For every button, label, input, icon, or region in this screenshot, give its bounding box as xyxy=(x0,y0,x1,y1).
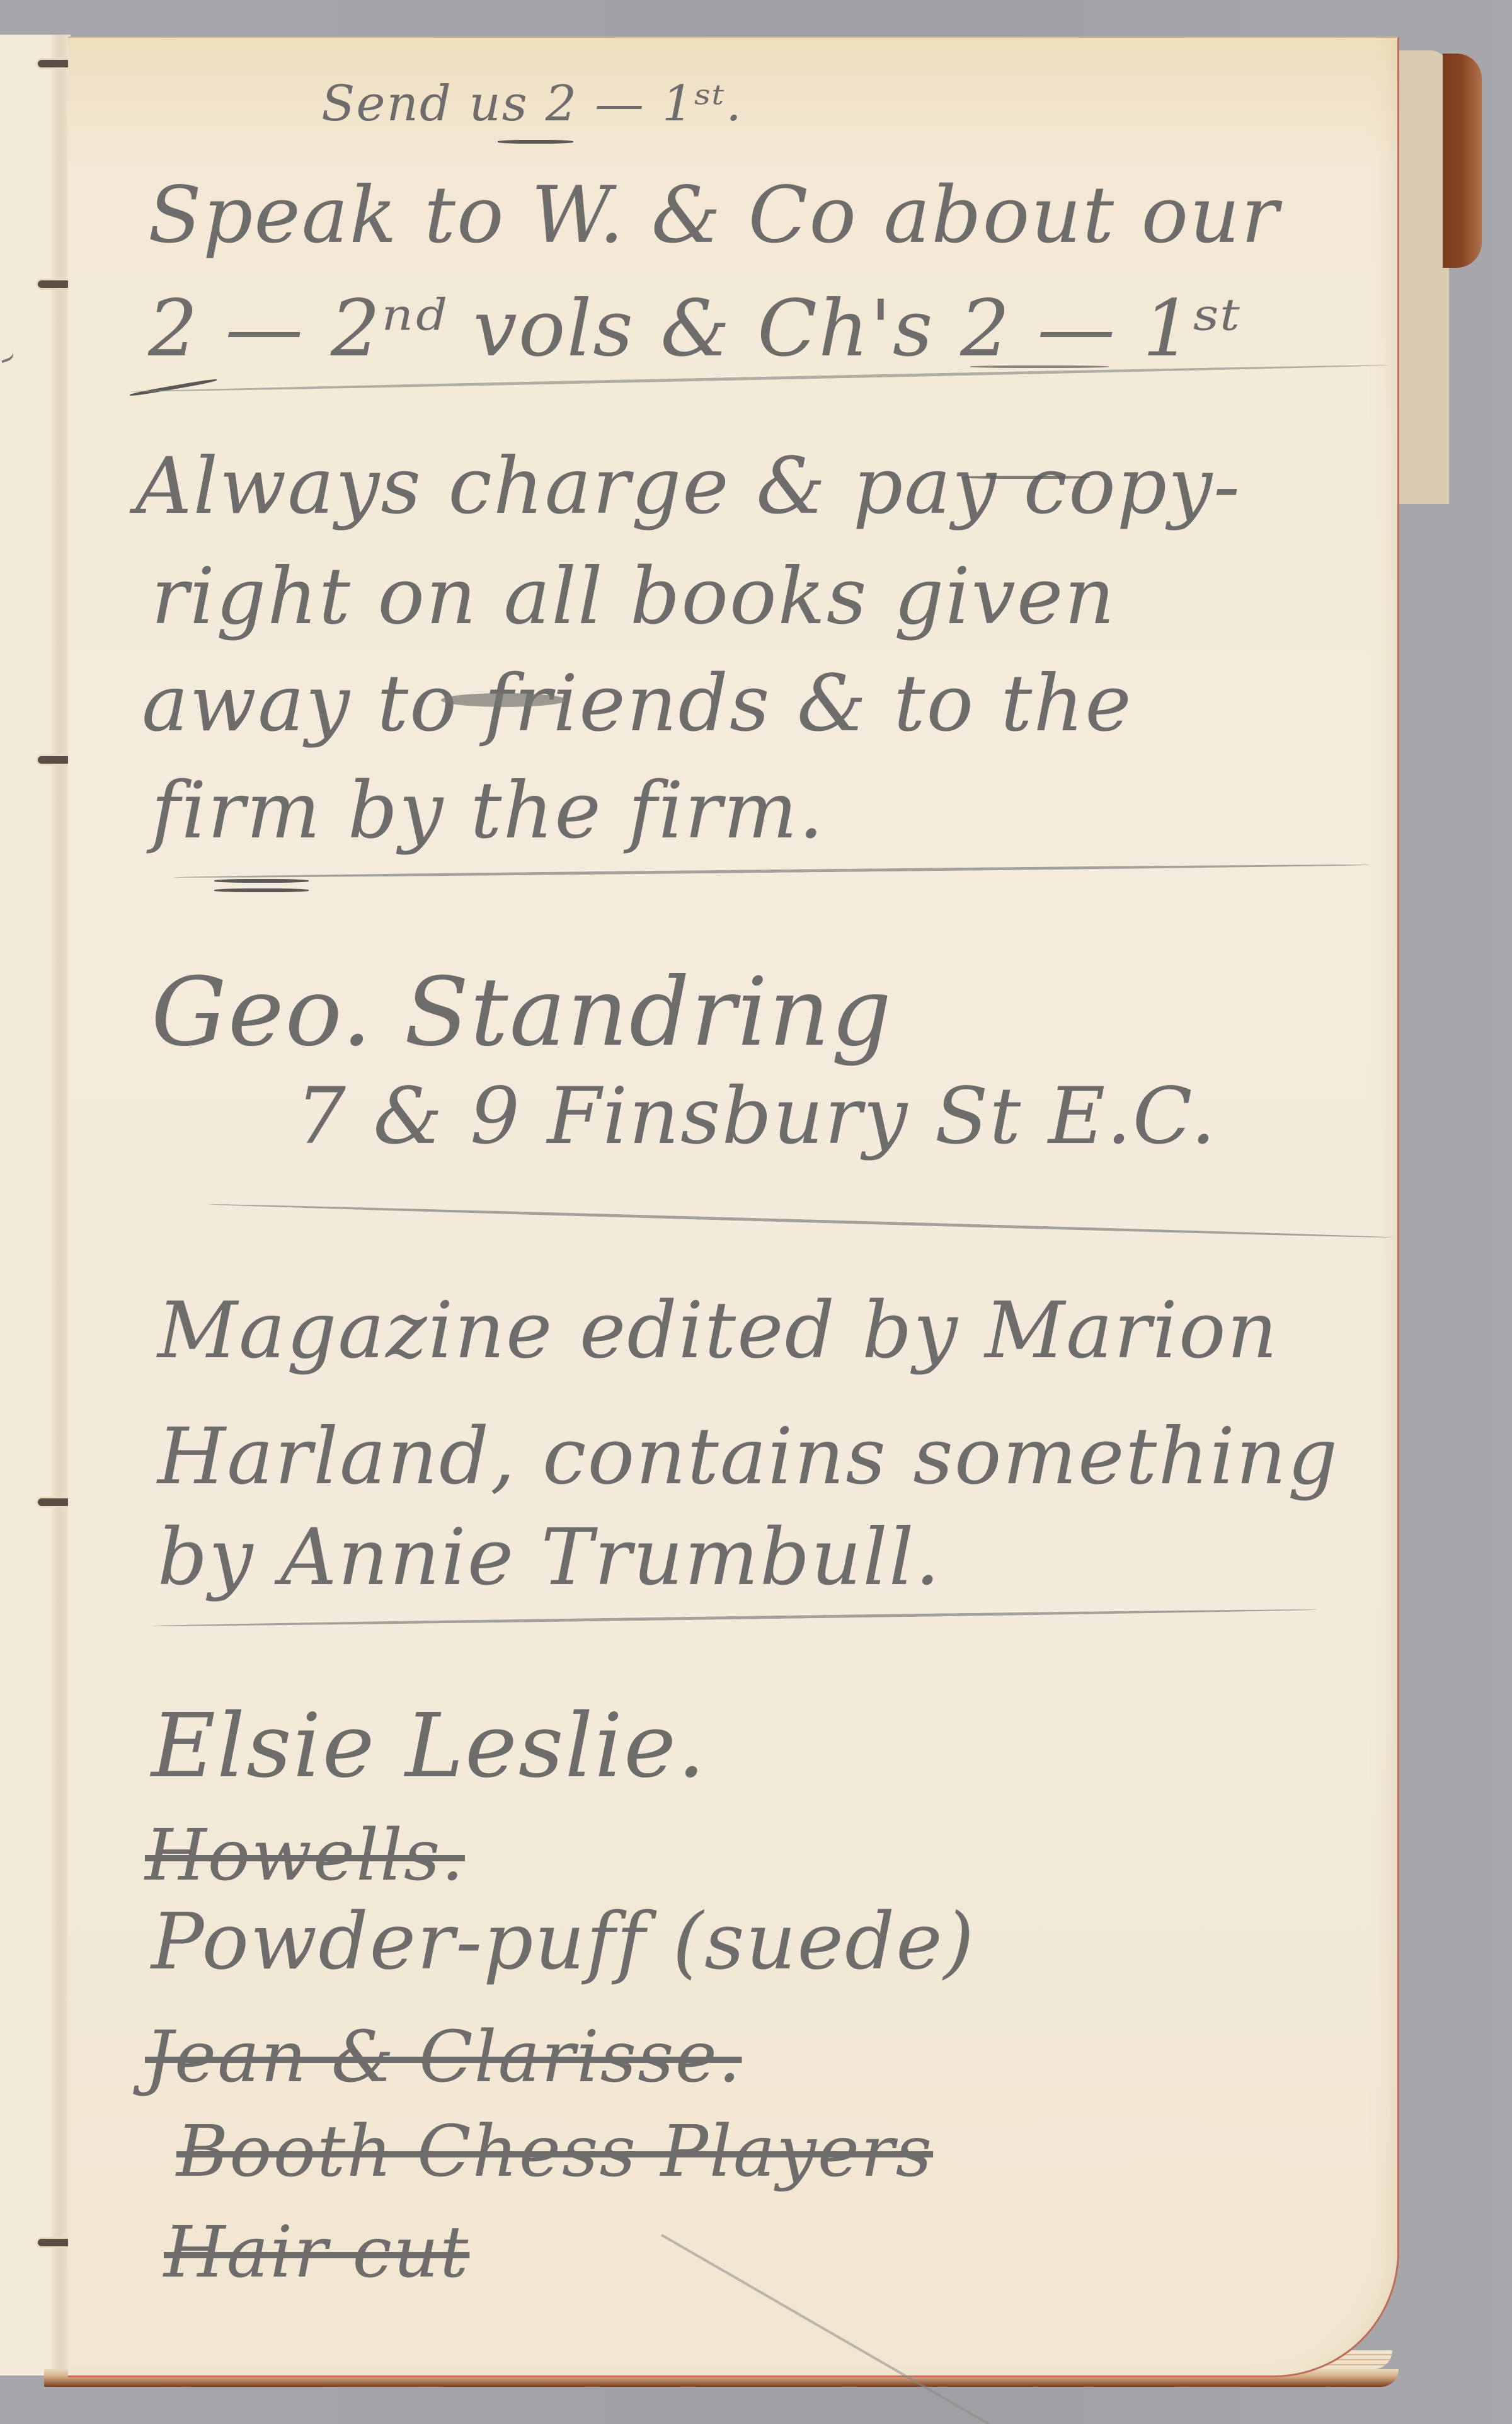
handwritten-line: Elsie Leslie. xyxy=(151,1695,707,1798)
handwritten-line: Always charge & pay copy- xyxy=(135,441,1241,532)
handwritten-line: 2 — 2ⁿᵈ vols & Ch's 2 — 1ˢᵗ xyxy=(148,284,1242,374)
struck-handwritten-line: Jean & Clarisse. xyxy=(145,2016,742,2098)
binding-stitch xyxy=(38,60,71,67)
struck-handwritten-line: Howells. xyxy=(145,1815,465,1897)
underline-mark xyxy=(970,365,1109,368)
handwritten-line: by Annie Trumbull. xyxy=(157,1512,941,1603)
struck-handwritten-line: Hair cut xyxy=(164,2212,469,2294)
underline-mark xyxy=(964,476,1090,479)
underline-mark xyxy=(214,879,309,883)
underline-mark xyxy=(214,888,309,892)
struck-handwritten-line: Booth Chess Players xyxy=(176,2111,933,2193)
handwritten-line: Send us 2 — 1ˢᵗ. xyxy=(321,76,743,132)
binding-stitch xyxy=(38,280,71,288)
handwritten-line: Speak to W. & Co about our xyxy=(148,170,1280,261)
crossed-out-word xyxy=(441,693,567,707)
handwritten-line: Powder-puff (suede) xyxy=(151,1897,975,1987)
handwritten-line: firm by the firm. xyxy=(151,766,825,856)
binding-stitch xyxy=(38,2239,71,2246)
binding-stitch xyxy=(38,756,71,764)
handwritten-line: Harland, contains something xyxy=(157,1411,1339,1502)
leather-cover-edge xyxy=(1443,54,1482,268)
binding-stitch xyxy=(38,1498,71,1506)
handwritten-line: away to friends & to the xyxy=(142,658,1133,749)
previous-page-edge xyxy=(0,35,57,2375)
underline-mark xyxy=(498,140,573,144)
handwritten-line: right on all books given xyxy=(151,551,1116,642)
handwritten-line: 7 & 9 Finsbury St E.C. xyxy=(296,1071,1217,1162)
handwritten-line: Magazine edited by Marion xyxy=(157,1285,1278,1376)
stray-pencil-mark xyxy=(0,348,15,363)
handwritten-line: Geo. Standring xyxy=(151,958,893,1067)
